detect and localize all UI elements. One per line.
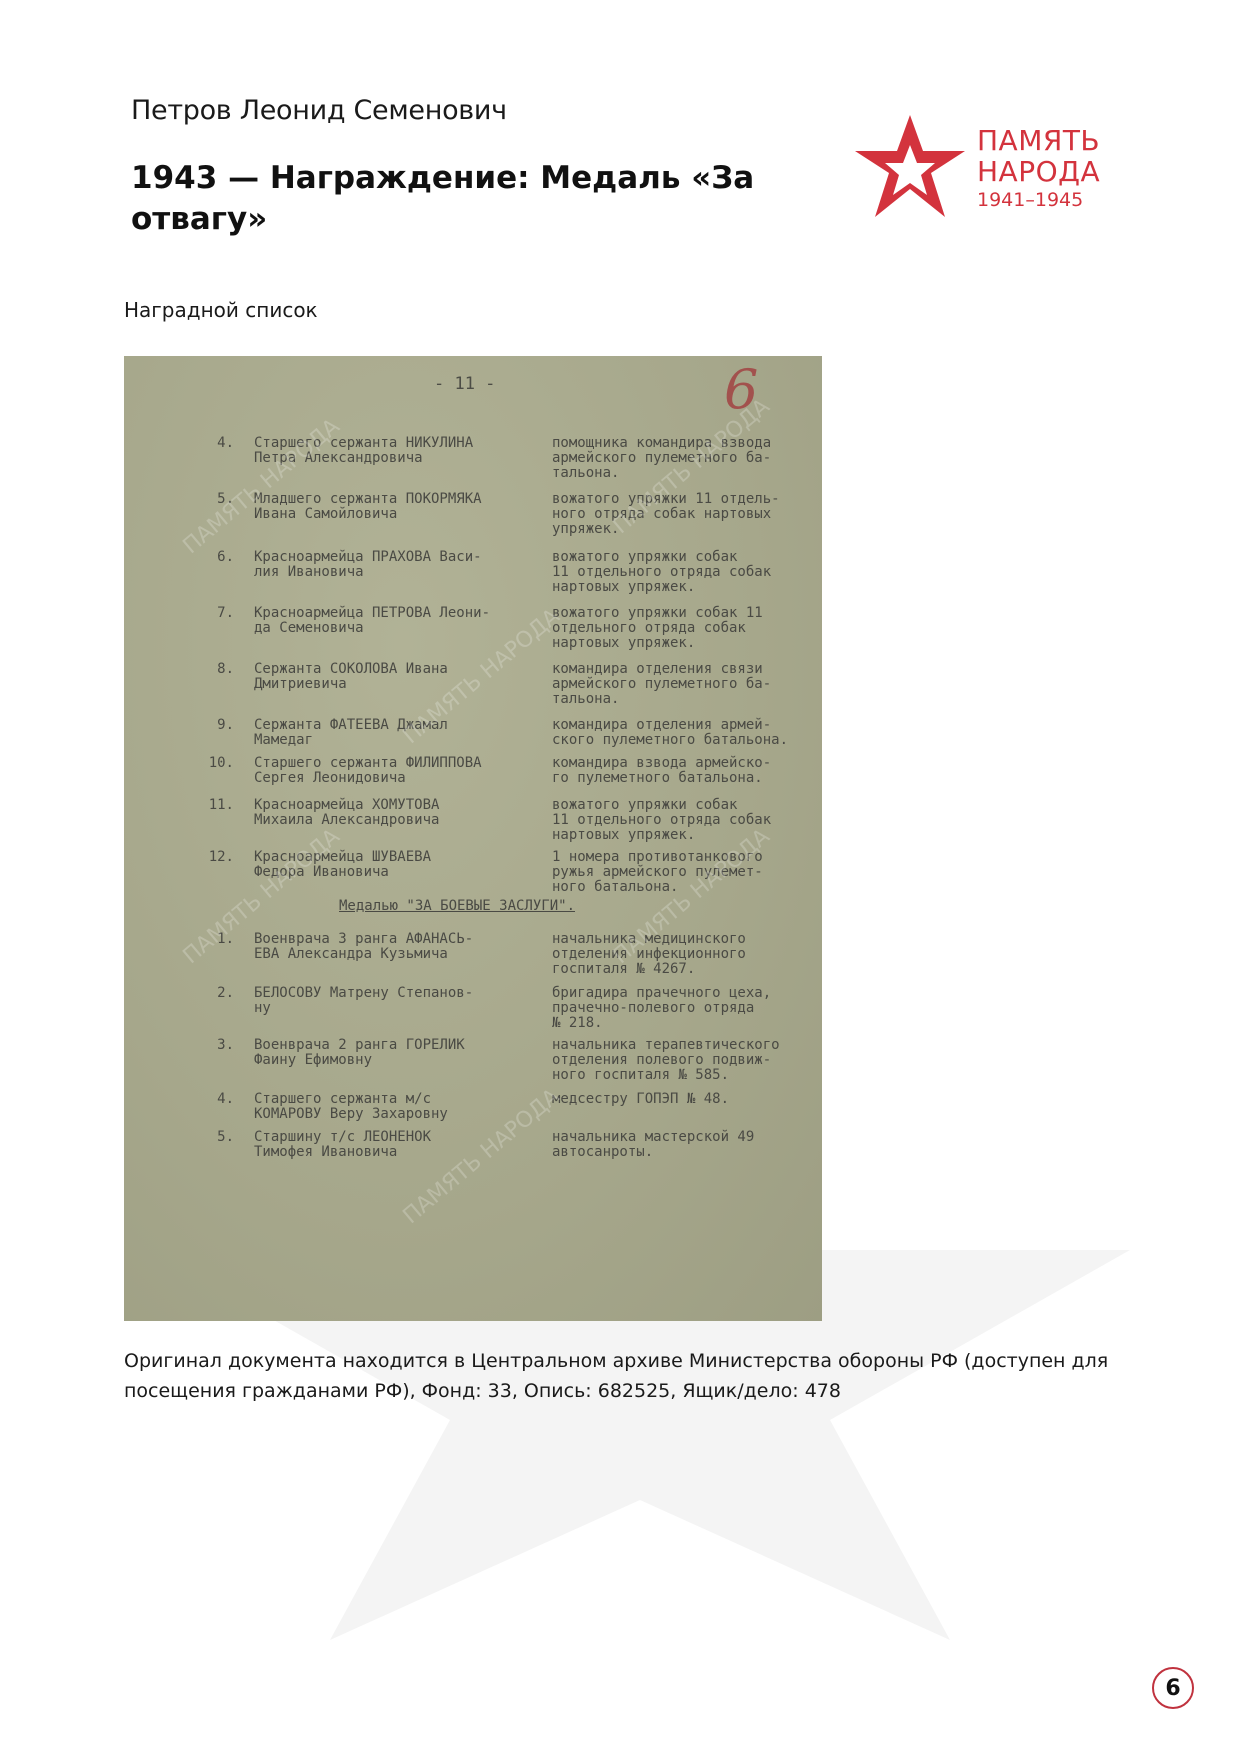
entry-number: 4. (194, 1092, 234, 1107)
entry-number: 2. (194, 986, 234, 1001)
entry-position: начальника терапевтического отделения по… (552, 1038, 822, 1083)
entry-number: 5. (194, 1130, 234, 1145)
entry-position: вожатого упряжки 11 отдель- ного отряда … (552, 492, 822, 537)
section-label: Наградной список (124, 298, 318, 322)
logo-line-2: НАРОДА (977, 156, 1100, 187)
entry-position: командира взвода армейско- го пулеметног… (552, 756, 822, 786)
entry-position: командира отделения связи армейского пул… (552, 662, 822, 707)
page-number: 6 (1152, 1667, 1194, 1709)
entry-number: 11. (194, 798, 234, 813)
entry-number: 10. (194, 756, 234, 771)
entry-position: командира отделения армей- ского пулемет… (552, 718, 822, 748)
entry-position: вожатого упряжки собак 11 отдельного отр… (552, 606, 822, 651)
entry-name: Красноармейца ПРАХОВА Васи- лия Иванович… (254, 550, 514, 580)
entry-position: начальника медицинского отделения инфекц… (552, 932, 822, 977)
entry-name: Младшего сержанта ПОКОРМЯКА Ивана Самойл… (254, 492, 514, 522)
entry-name: БЕЛОСОВУ Матрену Степанов- ну (254, 986, 514, 1016)
award-list-scan: - 11 - 6 4.Старшего сержанта НИКУЛИНА Пе… (124, 356, 822, 1321)
entry-position: вожатого упряжки собак 11 отдельного отр… (552, 550, 822, 595)
pamyat-naroda-logo[interactable]: ПАМЯТЬ НАРОДА 1941–1945 (855, 115, 1135, 220)
entry-name: Старшего сержанта ФИЛИППОВА Сергея Леони… (254, 756, 514, 786)
entry-name: Военврача 2 ранга ГОРЕЛИК Фаину Ефимовну (254, 1038, 514, 1068)
entry-number: 12. (194, 850, 234, 865)
person-name: Петров Леонид Семенович (131, 95, 507, 126)
entry-number: 9. (194, 718, 234, 733)
entry-position: начальника мастерской 49 автосанроты. (552, 1130, 822, 1160)
entry-number: 8. (194, 662, 234, 677)
entry-name: Старшего сержанта м/с КОМАРОВУ Веру Заха… (254, 1092, 514, 1122)
page-title: 1943 — Награждение: Медаль «За отвагу» (131, 158, 791, 240)
logo-years: 1941–1945 (977, 187, 1100, 213)
scan-section-heading: Медалью "ЗА БОЕВЫЕ ЗАСЛУГИ". (339, 898, 575, 914)
entry-position: вожатого упряжки собак 11 отдельного отр… (552, 798, 822, 843)
entry-name: Военврача 3 ранга АФАНАСЬ- ЕВА Александр… (254, 932, 514, 962)
entry-name: Красноармейца ПЕТРОВА Леони- да Семенови… (254, 606, 514, 636)
archive-caption: Оригинал документа находится в Центральн… (124, 1346, 1124, 1406)
entry-number: 4. (194, 436, 234, 451)
entry-position: бригадира прачечного цеха, прачечно-поле… (552, 986, 822, 1031)
red-star-icon (855, 115, 965, 217)
entry-name: Красноармейца ХОМУТОВА Михаила Александр… (254, 798, 514, 828)
logo-line-1: ПАМЯТЬ (977, 125, 1100, 156)
scan-page-marker: - 11 - (434, 374, 495, 394)
entry-number: 3. (194, 1038, 234, 1053)
entry-number: 7. (194, 606, 234, 621)
entry-name: Сержанта ФАТЕЕВА Джамал Мамедаг (254, 718, 514, 748)
entry-position: медсестру ГОПЭП № 48. (552, 1092, 822, 1107)
